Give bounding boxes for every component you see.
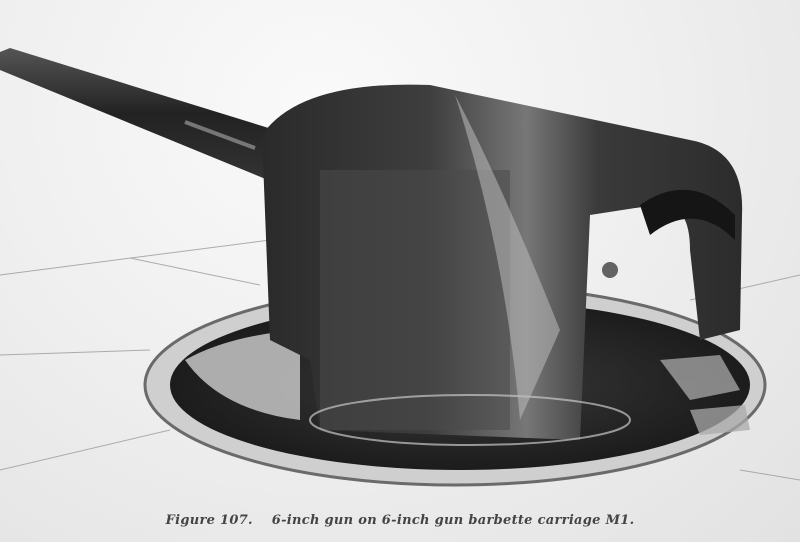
figure-number: Figure 107. [166,513,253,528]
figure-caption: Figure 107. 6-inch gun on 6-inch gun bar… [0,513,800,528]
figure-caption-text: 6-inch gun on 6-inch gun barbette carria… [272,513,635,528]
gun-photograph [0,0,800,500]
gun-barrel [0,48,275,180]
document-page: Figure 107. 6-inch gun on 6-inch gun bar… [0,0,800,542]
